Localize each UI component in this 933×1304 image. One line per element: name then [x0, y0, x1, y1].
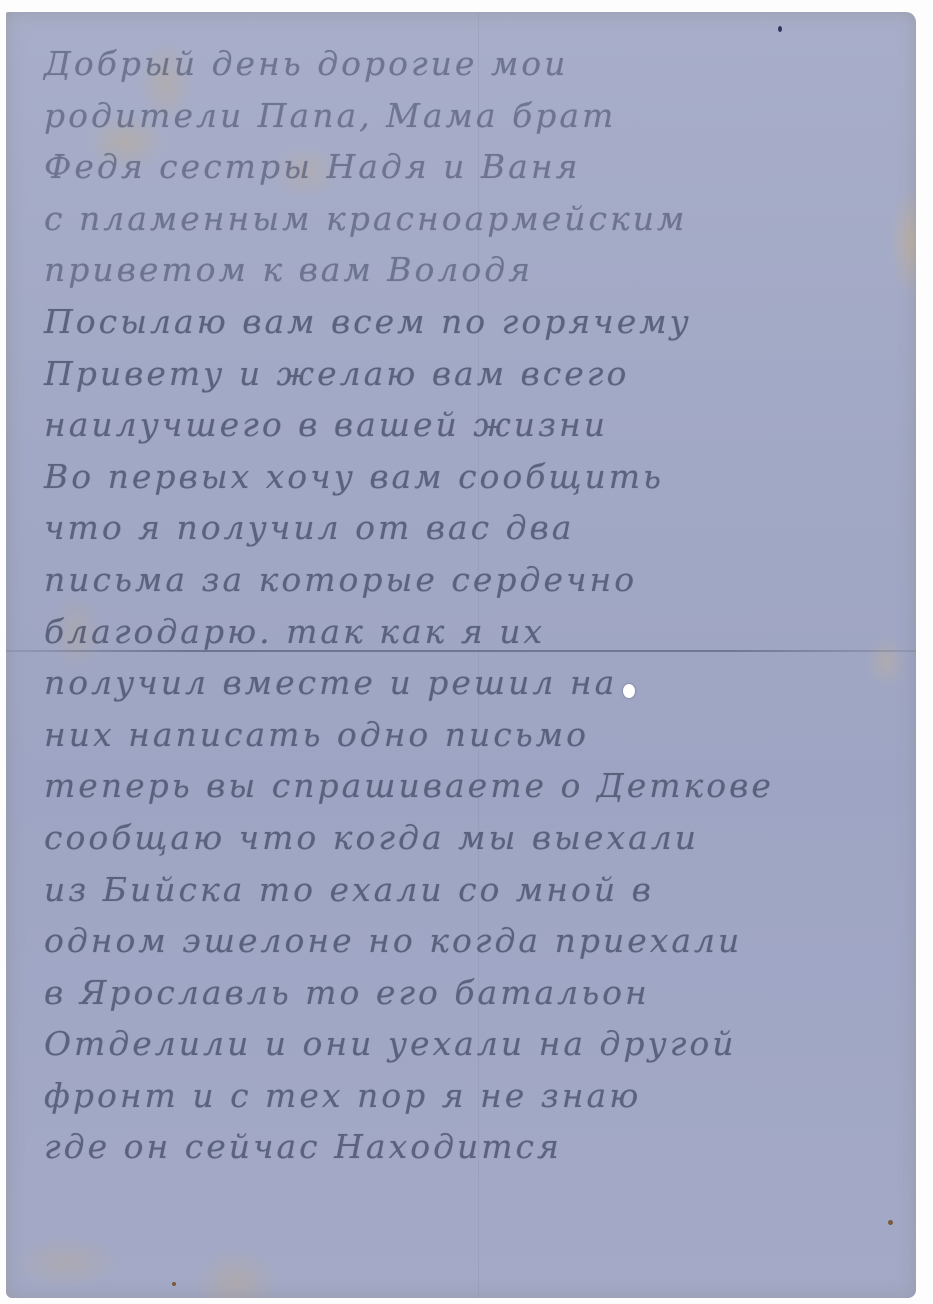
text-line: родители Папа, Мама брат — [44, 90, 914, 142]
letter-scan: Добрый день дорогие мои родители Папа, М… — [0, 0, 933, 1304]
text-line: наилучшего в вашей жизни — [44, 399, 914, 451]
text-line: них написать одно письмо — [44, 709, 914, 761]
text-line: Привету и желаю вам всего — [44, 348, 914, 400]
text-line: Посылаю вам всем по горячему — [44, 296, 914, 348]
text-line: фронт и с тех пор я не знаю — [44, 1070, 914, 1122]
text-line: получил вместе и решил на — [44, 657, 914, 709]
text-line: в Ярославль то его батальон — [44, 967, 914, 1019]
handwritten-text: Добрый день дорогие мои родители Папа, М… — [44, 38, 914, 1173]
text-line: благодарю. так как я их — [44, 606, 914, 658]
stain-dot — [888, 1220, 893, 1225]
text-line: Отделили и они уехали на другой — [44, 1018, 914, 1070]
text-line: письма за которые сердечно — [44, 554, 914, 606]
text-line: Добрый день дорогие мои — [44, 38, 914, 90]
text-line: Федя сестры Надя и Ваня — [44, 141, 914, 193]
stain-dot — [172, 1282, 176, 1286]
text-line: сообщаю что когда мы выехали — [44, 812, 914, 864]
text-line: с пламенным красноармейским — [44, 193, 914, 245]
ink-spot — [778, 26, 782, 32]
text-line: теперь вы спрашиваете о Деткове — [44, 760, 914, 812]
text-line: что я получил от вас два — [44, 502, 914, 554]
text-line: одном эшелоне но когда приехали — [44, 915, 914, 967]
text-line: Во первых хочу вам сообщить — [44, 451, 914, 503]
text-line: из Бийска то ехали со мной в — [44, 864, 914, 916]
text-line: приветом к вам Володя — [44, 244, 914, 296]
text-line: где он сейчас Находится — [44, 1121, 914, 1173]
